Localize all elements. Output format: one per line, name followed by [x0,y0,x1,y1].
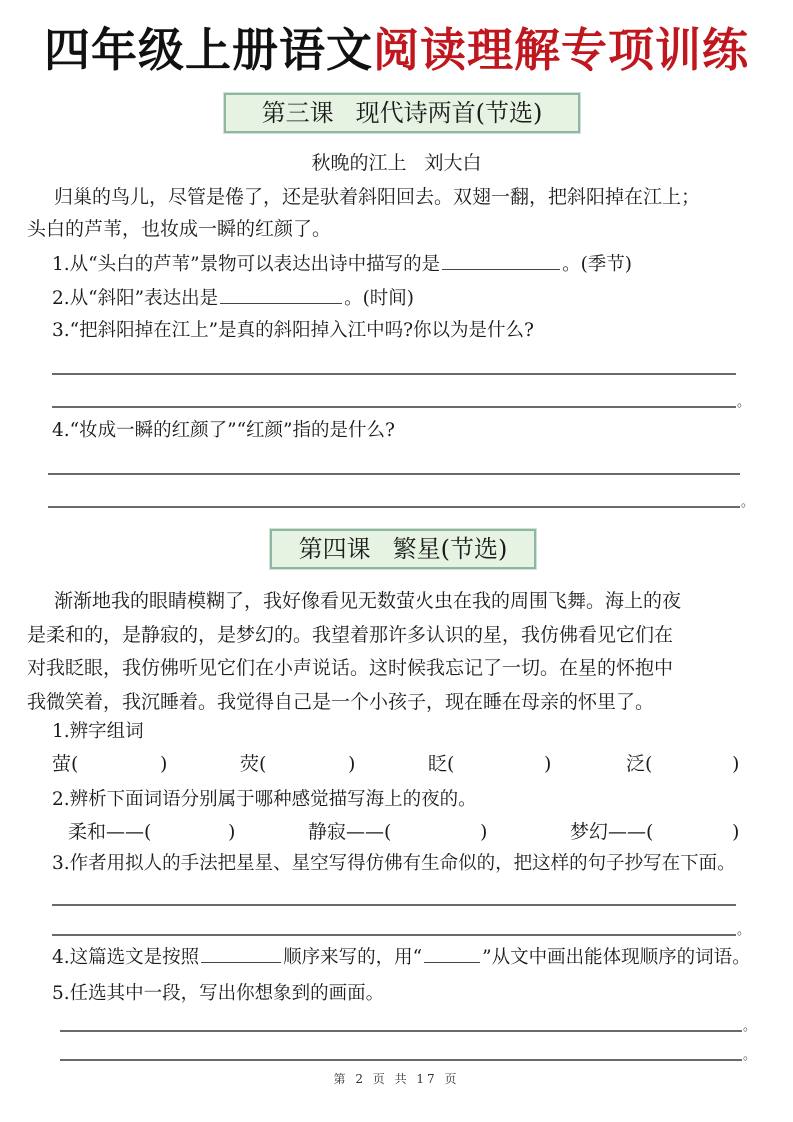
passage-line: 我微笑着，我沉睡着。我觉得自己是一个小孩子，现在睡在母亲的怀里了。 [27,686,757,720]
answer-line[interactable] [60,1059,742,1061]
sense-word: 柔和——( [68,818,151,846]
answer-blank[interactable] [424,944,480,963]
page-number: 第 2 页 共 17 页 [0,1070,793,1087]
poem-name: 秋晚的江上 [311,152,406,174]
sense-answer-close[interactable]: ) [732,818,739,846]
lesson3-question-3: 3.“把斜阳掉在江上”是真的斜阳掉入江中吗?你以为是什么? [52,318,534,344]
line-end-mark: 。 [743,1020,756,1033]
lesson4-question-3: 3.作者用拟人的手法把星星、星空写得仿佛有生命似的，把这样的句子抄写在下面。 [52,851,736,877]
answer-blank[interactable] [201,944,281,963]
title-grade-subject: 四年级上册语文 [44,23,373,77]
poem-title: 秋晚的江上刘大白 [0,150,793,176]
answer-line[interactable] [52,406,736,408]
lesson3-question-1: 1.从“头白的芦苇”景物可以表达出诗中描写的是。(季节) [52,251,632,278]
answer-line[interactable] [48,473,740,475]
lesson4-question-4: 4.这篇选文是按照顺序来写的，用“”从文中画出能体现顺序的词语。 [52,944,751,971]
poem-author: 刘大白 [425,152,482,174]
lesson4-question-5: 5.任选其中一段，写出你想象到的画面。 [52,981,384,1007]
line-end-mark: 。 [737,396,750,409]
passage-line: 对我眨眼，我仿佛听见它们在小声说话。这时候我忘记了一切。在星的怀抱中 [27,652,757,686]
char-item: 泛( [626,750,652,778]
line-end-mark: 。 [741,496,754,509]
lesson4-title: 繁星(节选) [393,535,508,563]
lesson4-passage: 渐渐地我的眼睛模糊了，我好像看见无数萤火虫在我的周围飞舞。海上的夜 是柔和的，是… [27,585,757,719]
line-end-mark: 。 [743,1049,756,1062]
lesson3-question-2: 2.从“斜阳”表达出是。(时间) [52,285,414,312]
answer-line[interactable] [48,506,740,508]
page-title: 四年级上册语文阅读理解专项训练 [0,22,793,78]
lesson4-question-1: 1.辨字组词 [52,719,144,745]
sense-word: 梦幻——( [570,818,653,846]
lesson3-number: 第三课 [262,99,334,127]
lesson4-heading: 第四课繁星(节选) [270,529,536,569]
sense-word: 静寂——( [308,818,391,846]
answer-line[interactable] [60,1030,742,1032]
char-item: 萤( [52,750,78,778]
char-answer-close[interactable]: ) [160,750,167,778]
char-item: 荧( [240,750,266,778]
answer-line[interactable] [52,934,736,936]
sense-answer-close[interactable]: ) [480,818,487,846]
passage-line: 渐渐地我的眼睛模糊了，我好像看见无数萤火虫在我的周围飞舞。海上的夜 [27,585,757,619]
passage-line: 头白的芦苇，也妆成一瞬的红颜了。 [27,213,757,245]
answer-blank[interactable] [220,285,342,304]
lesson3-title: 现代诗两首(节选) [356,99,543,127]
answer-blank[interactable] [442,251,560,270]
lesson4-number: 第四课 [299,535,371,563]
char-answer-close[interactable]: ) [732,750,739,778]
sense-answer-close[interactable]: ) [228,818,235,846]
char-answer-close[interactable]: ) [544,750,551,778]
lesson4-question-2: 2.辨析下面词语分别属于哪种感觉描写海上的夜的。 [52,787,477,813]
passage-line: 归巢的鸟儿，尽管是倦了，还是驮着斜阳回去。双翅一翻，把斜阳掉在江上； [27,181,757,213]
char-answer-close[interactable]: ) [348,750,355,778]
char-item: 眨( [428,750,454,778]
sense-word-row: 柔和——( ) 静寂——( ) 梦幻——( ) [52,818,742,846]
answer-line[interactable] [52,373,736,375]
line-end-mark: 。 [737,924,750,937]
title-topic: 阅读理解专项训练 [373,23,749,77]
lesson3-heading: 第三课现代诗两首(节选) [224,93,580,133]
lesson3-passage: 归巢的鸟儿，尽管是倦了，还是驮着斜阳回去。双翅一翻，把斜阳掉在江上； 头白的芦苇… [27,181,757,245]
passage-line: 是柔和的，是静寂的，是梦幻的。我望着那许多认识的星，我仿佛看见它们在 [27,619,757,653]
answer-line[interactable] [52,904,736,906]
char-word-row: 萤( ) 荧( ) 眨( ) 泛( ) [52,750,742,778]
lesson3-question-4: 4.“妆成一瞬的红颜了”“红颜”指的是什么? [52,418,395,444]
